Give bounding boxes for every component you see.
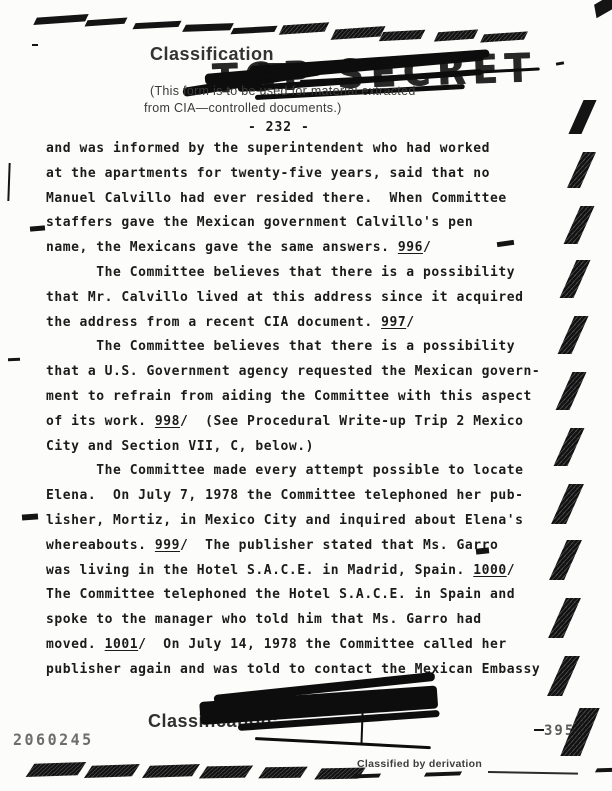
body-line: Manuel Calvillo had ever resided there. … <box>46 192 507 206</box>
scanned-document-page: Classification TOP SECRET (This form is … <box>0 0 612 791</box>
body-line: spoke to the manager who told him that M… <box>46 613 482 627</box>
body-line: ment to refrain from aiding the Committe… <box>46 390 532 404</box>
body-line: at the apartments for twenty-five years,… <box>46 167 490 181</box>
sprocket-mark-bottom <box>199 766 253 779</box>
body-line: The Committee believes that there is a p… <box>46 266 515 280</box>
sprocket-mark-bottom <box>142 764 200 778</box>
body-line: that Mr. Calvillo lived at this address … <box>46 291 523 305</box>
body-line: City and Section VII, C, below.) <box>46 440 314 454</box>
scan-speck <box>22 513 38 520</box>
body-line: that a U.S. Government agency requested … <box>46 365 540 379</box>
scan-speck <box>32 44 38 46</box>
body-text: and was informed by the superintendent w… <box>0 0 612 791</box>
sprocket-mark-bottom <box>595 768 612 773</box>
sprocket-mark-bottom <box>26 762 87 777</box>
classified-by-label: Classified by derivation <box>357 758 482 770</box>
document-number-stamp: 2060245 <box>13 731 94 750</box>
body-line: the address from a recent CIA document. … <box>46 316 415 330</box>
body-line: lisher, Mortiz, in Mexico City and inqui… <box>46 514 523 528</box>
body-line: The Committee telephoned the Hotel S.A.C… <box>46 588 515 602</box>
body-line: The Committee believes that there is a p… <box>46 340 515 354</box>
body-line: and was informed by the superintendent w… <box>46 142 490 156</box>
body-line: was living in the Hotel S.A.C.E. in Madr… <box>46 564 515 578</box>
body-line: of its work. 998/ (See Procedural Write-… <box>46 415 524 429</box>
body-line: moved. 1001/ On July 14, 1978 the Commit… <box>46 638 507 652</box>
body-line: The Committee made every attempt possibl… <box>46 464 523 478</box>
sprocket-mark-bottom <box>258 767 308 779</box>
body-line: staffers gave the Mexican government Cal… <box>46 216 473 230</box>
scan-speck <box>534 729 544 731</box>
body-line: whereabouts. 999/ The publisher stated t… <box>46 539 498 553</box>
body-line: publisher again and was told to contact … <box>46 663 540 677</box>
sprocket-mark-bottom <box>84 764 140 778</box>
body-line: name, the Mexicans gave the same answers… <box>46 241 431 255</box>
scan-speck <box>8 358 20 361</box>
body-line: Elena. On July 7, 1978 the Committee tel… <box>46 489 523 503</box>
